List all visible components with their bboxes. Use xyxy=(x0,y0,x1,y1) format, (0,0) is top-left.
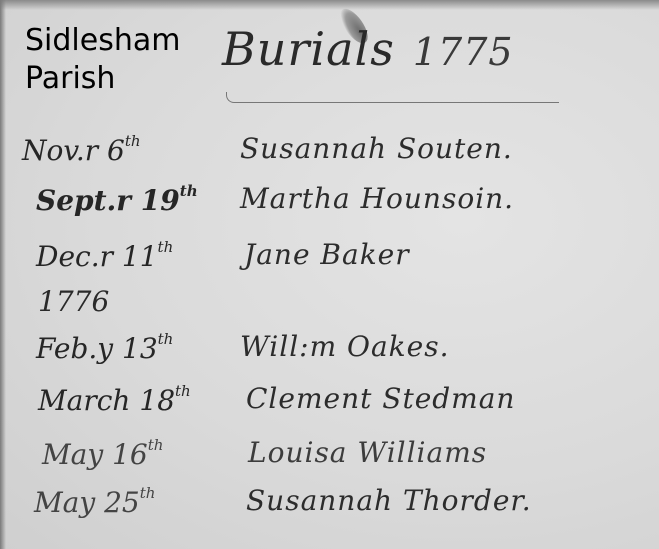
burial-entry: May 16th Louisa Williams xyxy=(0,436,659,476)
entry-name: Martha Hounsoin. xyxy=(240,182,514,215)
entry-name: Susannah Thorder. xyxy=(246,484,532,517)
entry-date: Sept.r 19th xyxy=(36,182,198,217)
burial-entry: Feb.y 13th Will:m Oakes. xyxy=(0,330,659,370)
entry-name: Will:m Oakes. xyxy=(240,330,450,363)
entry-date: May 25th xyxy=(34,484,155,519)
entry-name: Louisa Williams xyxy=(248,436,487,469)
burial-entry: March 18th Clement Stedman xyxy=(0,382,659,422)
entry-date: May 16th xyxy=(42,436,163,471)
year-marker: 1776 xyxy=(38,285,109,318)
burial-entry: May 25th Susannah Thorder. xyxy=(0,484,659,524)
burial-entry: Dec.r 11th Jane Baker xyxy=(0,238,659,278)
entry-name: Jane Baker xyxy=(244,238,410,271)
register-page-scan: Sidlesham Parish Burials1775 Nov.r 6th S… xyxy=(0,0,659,549)
entry-name: Susannah Souten. xyxy=(240,132,513,165)
burial-entry: Sept.r 19th Martha Hounsoin. xyxy=(0,182,659,222)
burial-entries: Nov.r 6th Susannah Souten. Sept.r 19th M… xyxy=(0,0,659,549)
burial-entry: Nov.r 6th Susannah Souten. xyxy=(0,132,659,172)
entry-name: Clement Stedman xyxy=(246,382,515,415)
entry-date: Dec.r 11th xyxy=(36,238,173,273)
cutoff-entry-fragment xyxy=(40,530,600,549)
entry-date: Feb.y 13th xyxy=(36,330,173,365)
entry-date: March 18th xyxy=(38,382,191,417)
entry-date: Nov.r 6th xyxy=(22,132,141,167)
